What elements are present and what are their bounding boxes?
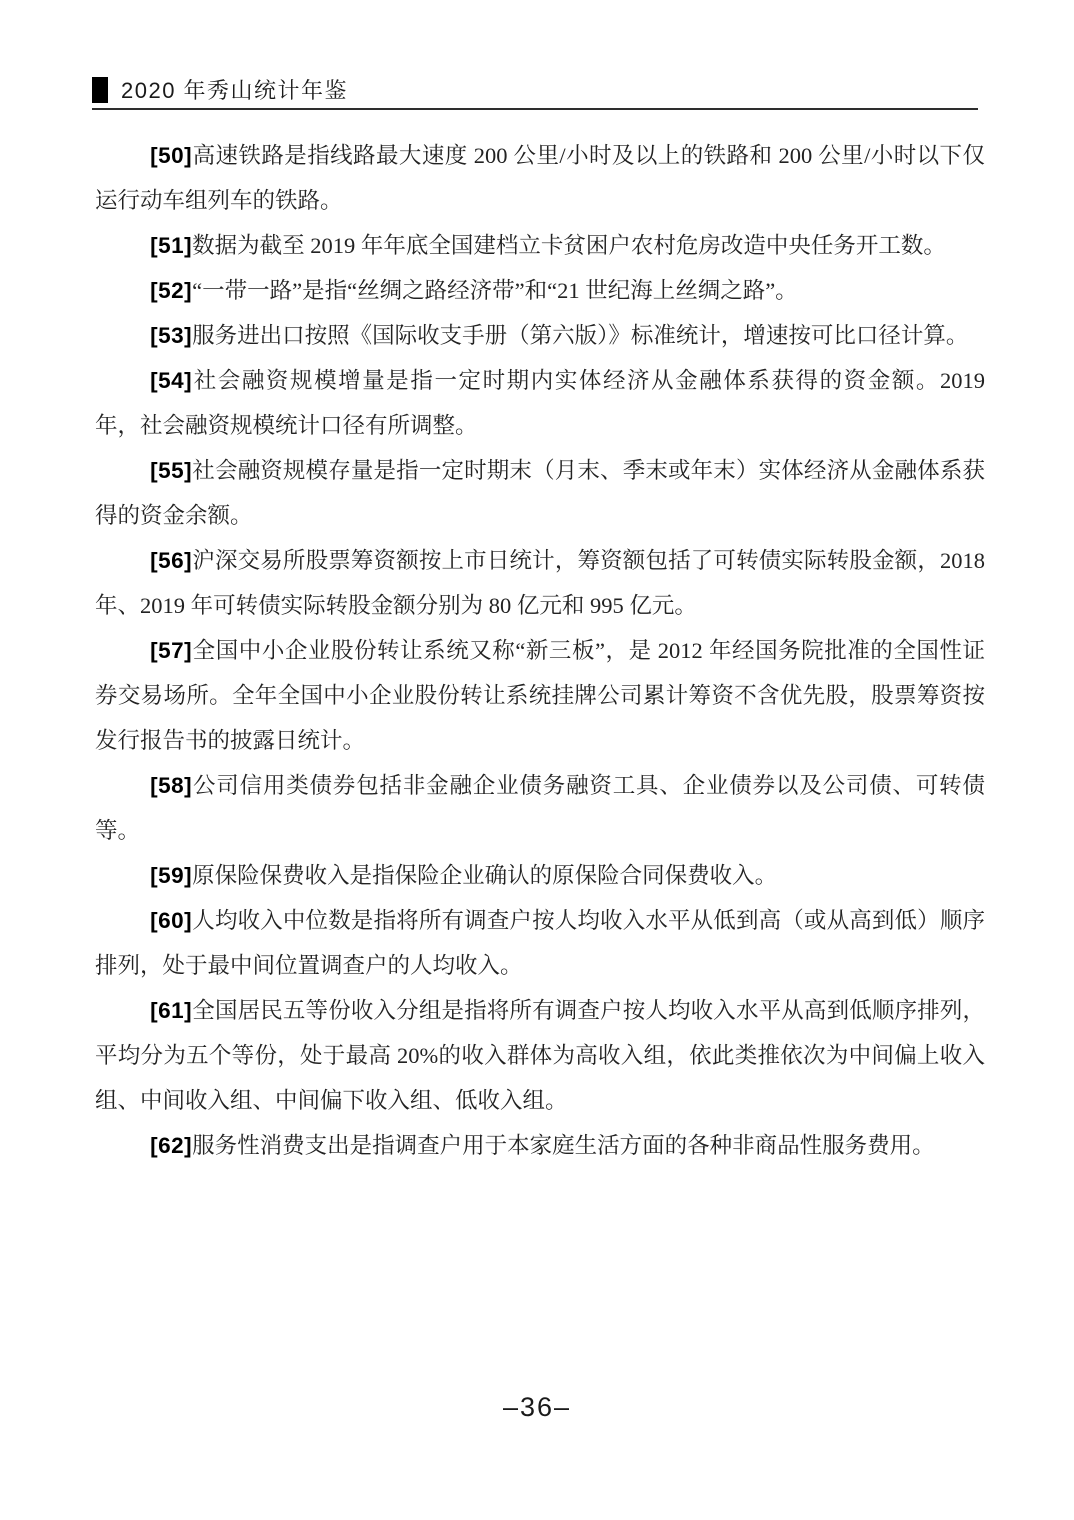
footnote-text: 社会融资规模存量是指一定时期末（月末、季末或年末）实体经济从金融体系获得的资金余… [95,458,985,528]
footnote-paragraph: [50]高速铁路是指线路最大速度 200 公里/小时及以上的铁路和 200 公里… [95,133,985,223]
footnote-paragraph: [61]全国居民五等份收入分组是指将所有调查户按人均收入水平从高到低顺序排列，平… [95,988,985,1123]
footnote-text: “一带一路”是指“丝绸之路经济带”和“21 世纪海上丝绸之路”。 [192,278,798,303]
footnote-text: 全国居民五等份收入分组是指将所有调查户按人均收入水平从高到低顺序排列，平均分为五… [95,998,985,1113]
footnote-paragraph: [59]原保险保费收入是指保险企业确认的原保险合同保费收入。 [95,853,985,898]
footnote-text: 社会融资规模增量是指一定时期内实体经济从金融体系获得的资金额。2019 年，社会… [95,368,985,438]
footnote-number: [61] [150,998,192,1023]
footnote-number: [53] [150,323,192,348]
page-header-title: 2020 年秀山统计年鉴 [121,74,348,105]
footnote-number: [55] [150,458,192,483]
footnote-number: [58] [150,773,192,798]
footnote-paragraph: [62]服务性消费支出是指调查户用于本家庭生活方面的各种非商品性服务费用。 [95,1123,985,1168]
page-footer: –36– [0,1392,1074,1423]
footnote-number: [59] [150,863,192,888]
footnote-paragraph: [55]社会融资规模存量是指一定时期末（月末、季末或年末）实体经济从金融体系获得… [95,448,985,538]
footnote-number: [62] [150,1133,192,1158]
yearbook-page: 2020 年秀山统计年鉴 [50]高速铁路是指线路最大速度 200 公里/小时及… [0,0,1074,1520]
footnote-paragraph: [54]社会融资规模增量是指一定时期内实体经济从金融体系获得的资金额。2019 … [95,358,985,448]
footnote-text: 服务进出口按照《国际收支手册（第六版）》标准统计，增速按可比口径计算。 [192,323,968,348]
footnote-text: 沪深交易所股票筹资额按上市日统计，筹资额包括了可转债实际转股金额，2018 年、… [95,548,985,618]
footnote-paragraph: [60]人均收入中位数是指将所有调查户按人均收入水平从低到高（或从高到低）顺序排… [95,898,985,988]
footnote-text: 数据为截至 2019 年年底全国建档立卡贫困户农村危房改造中央任务开工数。 [192,233,946,258]
footnote-paragraph: [58]公司信用类债券包括非金融企业债务融资工具、企业债券以及公司债、可转债等。 [95,763,985,853]
footnote-paragraph: [57]全国中小企业股份转让系统又称“新三板”，是 2012 年经国务院批准的全… [95,628,985,763]
footnote-number: [60] [150,908,192,933]
footnote-number: [51] [150,233,192,258]
footnote-text: 人均收入中位数是指将所有调查户按人均收入水平从低到高（或从高到低）顺序排列，处于… [95,908,985,978]
footnote-paragraph: [53]服务进出口按照《国际收支手册（第六版）》标准统计，增速按可比口径计算。 [95,313,985,358]
footnote-number: [56] [150,548,192,573]
footnote-text: 高速铁路是指线路最大速度 200 公里/小时及以上的铁路和 200 公里/小时以… [95,143,985,213]
footnote-text: 原保险保费收入是指保险企业确认的原保险合同保费收入。 [192,863,777,888]
footnote-paragraph: [51]数据为截至 2019 年年底全国建档立卡贫困户农村危房改造中央任务开工数… [95,223,985,268]
footnotes-section: [50]高速铁路是指线路最大速度 200 公里/小时及以上的铁路和 200 公里… [95,133,985,1168]
footnote-number: [54] [150,368,192,393]
footnote-paragraph: [52]“一带一路”是指“丝绸之路经济带”和“21 世纪海上丝绸之路”。 [95,268,985,313]
footnote-number: [50] [150,143,192,168]
footnote-paragraph: [56]沪深交易所股票筹资额按上市日统计，筹资额包括了可转债实际转股金额，201… [95,538,985,628]
footnote-text: 全国中小企业股份转让系统又称“新三板”，是 2012 年经国务院批准的全国性证券… [95,638,985,753]
footnote-text: 公司信用类债券包括非金融企业债务融资工具、企业债券以及公司债、可转债等。 [95,773,985,843]
footnote-number: [57] [150,638,192,663]
header-square-marker [92,77,108,103]
page-header: 2020 年秀山统计年鉴 [92,74,978,110]
page-number: –36– [503,1392,571,1422]
footnote-number: [52] [150,278,192,303]
footnote-text: 服务性消费支出是指调查户用于本家庭生活方面的各种非商品性服务费用。 [192,1133,935,1158]
